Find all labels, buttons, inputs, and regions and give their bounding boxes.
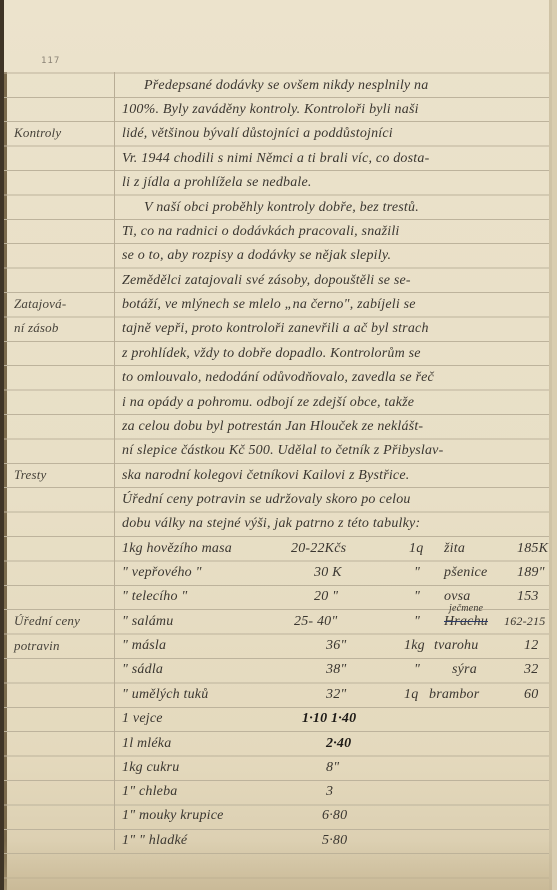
body-line: Předepsané dodávky se ovšem nikdy nespln… — [144, 78, 552, 94]
price-value: 189" — [517, 565, 545, 581]
notebook-page: 117 Kontroly Zatajová- ní zásob Tresty Ú… — [4, 0, 552, 890]
body-line: Vr. 1944 chodili s nimi Němci a ti brali… — [122, 151, 550, 167]
body-line: se o to, aby rozpisy a dodávky se nějak … — [122, 248, 550, 264]
price-item: 1" chleba — [122, 784, 178, 800]
top-margin — [4, 0, 552, 72]
price-item: sýra — [452, 662, 477, 678]
body-line: li z jídla a prohlížela se nedbale. — [122, 175, 550, 191]
price-item: " umělých tuků — [122, 687, 208, 703]
body-line: Ti, co na radnici o dodávkách pracovali,… — [122, 224, 550, 240]
body-line: lidé, většinou bývalí důstojníci a poddů… — [122, 126, 550, 142]
price-value: 2·40 — [326, 736, 351, 752]
price-item: " salámu — [122, 614, 173, 630]
body-line: tajně vepři, proto kontroloři zanevřili … — [122, 321, 550, 337]
margin-note-uredni-ceny-2: potravin — [14, 638, 60, 654]
price-item: 1kg hovězího masa — [122, 541, 232, 557]
body-line: dobu války na stejné výši, jak patrno z … — [122, 516, 550, 532]
body-line: z prohlídek, vždy to dobře dopadlo. Kont… — [122, 346, 550, 362]
price-unit: 1kg — [404, 638, 425, 654]
margin-note-zatajovani-1: Zatajová- — [14, 296, 66, 312]
price-item: " vepřového " — [122, 565, 202, 581]
price-value: 25- 40" — [294, 614, 337, 630]
price-value: 30 K — [314, 565, 342, 581]
price-item: 1l mléka — [122, 736, 171, 752]
price-item: pšenice — [444, 565, 487, 581]
body-line: V naší obci proběhly kontroly dobře, bez… — [144, 200, 552, 216]
body-line: ní slepice částkou Kč 500. Udělal to čet… — [122, 443, 550, 459]
price-value: 20-22Kčs — [291, 541, 346, 557]
price-item: 1" mouky krupice — [122, 808, 224, 824]
margin-rule — [114, 72, 115, 850]
price-value: 6·80 — [322, 808, 347, 824]
body-line: Úřední ceny potravin se udržovaly skoro … — [122, 492, 550, 508]
price-item-correction: ječmene — [449, 603, 483, 614]
price-value: 12 — [524, 638, 538, 654]
price-value: 20 " — [314, 589, 338, 605]
body-line: ska narodní kolegovi četníkovi Kailovi z… — [122, 468, 550, 484]
margin-note-kontroly: Kontroly — [14, 125, 61, 141]
price-item-struck: Hrachu — [444, 614, 488, 630]
price-item: 1kg cukru — [122, 760, 179, 776]
price-unit: 1q — [404, 687, 418, 703]
price-value: 185K — [517, 541, 548, 557]
price-item: žita — [444, 541, 465, 557]
price-item: tvarohu — [434, 638, 478, 654]
price-value: 3 — [326, 784, 333, 800]
body-line: i na opády a pohromu. odbojí ze zdejší o… — [122, 395, 550, 411]
price-item: " telecího " — [122, 589, 187, 605]
price-value: 32 — [524, 662, 538, 678]
price-unit: " — [414, 662, 420, 678]
price-value: 1·10 1·40 — [302, 711, 356, 727]
margin-note-uredni-ceny-1: Úřední ceny — [14, 613, 80, 629]
price-value: 32" — [326, 687, 346, 703]
price-unit: 1q — [409, 541, 423, 557]
price-value: 60 — [524, 687, 538, 703]
price-unit: " — [414, 565, 420, 581]
margin-note-tresty: Tresty — [14, 467, 47, 483]
price-item: brambor — [429, 687, 479, 703]
price-item: " másla — [122, 638, 166, 654]
body-line: za celou dobu byl potrestán Jan Hlouček … — [122, 419, 550, 435]
margin-note-zatajovani-2: ní zásob — [14, 320, 59, 336]
price-value: 36" — [326, 638, 346, 654]
price-value: 38" — [326, 662, 346, 678]
body-line: Zemědělci zatajovali své zásoby, dopoušt… — [122, 273, 550, 289]
page-shadow — [4, 840, 552, 890]
price-unit: " — [414, 614, 420, 630]
price-value: 153 — [517, 589, 539, 605]
body-line: 100%. Byly zaváděny kontroly. Kontroloři… — [122, 102, 550, 118]
price-item: 1 vejce — [122, 711, 163, 727]
page-number: 117 — [41, 56, 60, 66]
price-value: 8" — [326, 760, 339, 776]
price-value: 162-215 — [504, 614, 545, 629]
body-line: botáží, ve mlýnech se mlelo „na černo", … — [122, 297, 550, 313]
price-item: " sádla — [122, 662, 163, 678]
body-line: to omlouvalo, nedodání odůvodňovalo, zav… — [122, 370, 550, 386]
price-unit: " — [414, 589, 420, 605]
